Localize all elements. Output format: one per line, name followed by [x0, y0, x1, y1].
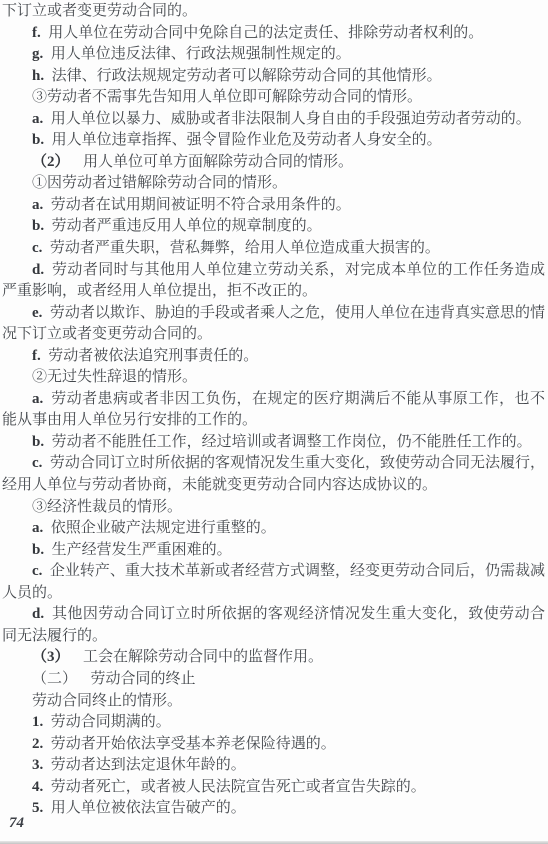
item-label: c. — [32, 240, 42, 256]
paragraph: 2.劳动者开始依法享受基本养老保险待遇的。 — [2, 734, 545, 756]
paragraph: c.企业转产、重大技术革新或者经营方式调整，经变更劳动合同后，仍需裁减人员的。 — [2, 561, 545, 604]
item-text: 工会在解除劳动合同中的监督作用。 — [83, 649, 323, 665]
item-label: a. — [32, 197, 43, 213]
paragraph: ③劳动者不需事先告知用人单位即可解除劳动合同的情形。 — [2, 87, 545, 109]
item-label: b. — [32, 542, 44, 558]
item-text: 依照企业破产法规定进行重整的。 — [51, 520, 276, 536]
item-text: 用人单位可单方面解除劳动合同的情形。 — [83, 154, 353, 170]
item-text: 用人单位以暴力、威胁或者非法限制人身自由的手段强迫劳动者劳动的。 — [51, 111, 531, 127]
item-label: 2. — [32, 736, 43, 752]
item-text: 劳动合同订立时所依据的客观情况发生重大变化，致使劳动合同无法履行，经用人单位与劳… — [2, 455, 545, 493]
paragraph: ③经济性裁员的情形。 — [2, 497, 545, 519]
paragraph: （2）用人单位可单方面解除劳动合同的情形。 — [2, 152, 545, 174]
item-label: 5. — [32, 800, 43, 816]
paragraph: ①因劳动者过错解除劳动合同的情形。 — [2, 173, 545, 195]
item-label: 4. — [32, 779, 43, 795]
item-text: 劳动者死亡，或者被人民法院宣告死亡或者宣告失踪的。 — [51, 779, 426, 795]
paragraph: c.劳动者严重失职，营私舞弊，给用人单位造成重大损害的。 — [2, 238, 545, 260]
item-label: a. — [32, 391, 43, 407]
paragraph: 下订立或者变更劳动合同的。 — [2, 1, 545, 23]
paragraph: 劳动合同终止的情形。 — [2, 691, 545, 713]
item-text: 用人单位违反法律、行政法规强制性规定的。 — [51, 46, 351, 62]
paragraph: b.生产经营发生严重困难的。 — [2, 540, 545, 562]
paragraph: e.劳动者以欺诈、胁迫的手段或者乘人之危，使用人单位在违背真实意思的情况下订立或… — [2, 303, 545, 346]
item-label: b. — [32, 218, 44, 234]
paragraph: b.用人单位违章指挥、强令冒险作业危及劳动者人身安全的。 — [2, 130, 545, 152]
item-text: 下订立或者变更劳动合同的。 — [2, 3, 197, 19]
paragraph: b.劳动者严重违反用人单位的规章制度的。 — [2, 216, 545, 238]
paragraph: f.用人单位在劳动合同中免除自己的法定责任、排除劳动者权利的。 — [2, 23, 545, 45]
item-text: 劳动者以欺诈、胁迫的手段或者乘人之危，使用人单位在违背真实意思的情况下订立或者变… — [2, 305, 545, 343]
item-label: 3. — [32, 757, 43, 773]
paragraph: 4.劳动者死亡，或者被人民法院宣告死亡或者宣告失踪的。 — [2, 777, 545, 799]
document-page: 下订立或者变更劳动合同的。 f.用人单位在劳动合同中免除自己的法定责任、排除劳动… — [0, 0, 548, 844]
item-text: 法律、行政法规规定劳动者可以解除劳动合同的其他情形。 — [52, 68, 442, 84]
item-label: （2） — [32, 154, 70, 170]
item-label: e. — [32, 305, 42, 321]
paragraph: a.依照企业破产法规定进行重整的。 — [2, 518, 545, 540]
item-text: 劳动者同时与其他用人单位建立劳动关系，对完成本单位的工作任务造成严重影响，或者经… — [2, 262, 545, 300]
paragraph: b.劳动者不能胜任工作，经过培训或者调整工作岗位，仍不能胜任工作的。 — [2, 432, 545, 454]
item-text: 劳动者达到法定退休年龄的。 — [51, 757, 246, 773]
paragraph: 5.用人单位被依法宣告破产的。 — [2, 798, 545, 820]
item-label: b. — [32, 434, 44, 450]
item-text: 劳动者严重失职，营私舞弊，给用人单位造成重大损害的。 — [50, 240, 440, 256]
item-label: a. — [32, 111, 43, 127]
item-text: 生产经营发生严重困难的。 — [52, 542, 232, 558]
item-label: 1. — [32, 714, 43, 730]
paragraph: 3.劳动者达到法定退休年龄的。 — [2, 755, 545, 777]
item-text: ③经济性裁员的情形。 — [32, 499, 182, 515]
item-text: 劳动者在试用期间被证明不符合录用条件的。 — [51, 197, 351, 213]
item-label: f. — [32, 25, 41, 41]
page-body: 下订立或者变更劳动合同的。 f.用人单位在劳动合同中免除自己的法定责任、排除劳动… — [0, 0, 548, 820]
paragraph: d.其他因劳动合同订立时所依据的客观经济情况发生重大变化，致使劳动合同无法履行的… — [2, 604, 545, 647]
paragraph: a.劳动者在试用期间被证明不符合录用条件的。 — [2, 195, 545, 217]
paragraph: 1.劳动合同期满的。 — [2, 712, 545, 734]
item-text: 劳动者被依法追究刑事责任的。 — [48, 348, 258, 364]
item-label: c. — [32, 563, 42, 579]
item-text: ①因劳动者过错解除劳动合同的情形。 — [32, 175, 287, 191]
item-text: 企业转产、重大技术革新或者经营方式调整，经变更劳动合同后，仍需裁减人员的。 — [2, 563, 545, 601]
item-text: 用人单位在劳动合同中免除自己的法定责任、排除劳动者权利的。 — [48, 25, 483, 41]
item-text: 劳动者开始依法享受基本养老保险待遇的。 — [51, 736, 336, 752]
item-text: 劳动合同终止的情形。 — [32, 693, 182, 709]
item-label: b. — [32, 132, 44, 148]
item-label: c. — [32, 455, 42, 471]
item-label: g. — [32, 46, 43, 62]
paragraph: f.劳动者被依法追究刑事责任的。 — [2, 346, 545, 368]
item-text: 劳动者不能胜任工作，经过培训或者调整工作岗位，仍不能胜任工作的。 — [52, 434, 532, 450]
paragraph: a.劳动者患病或者非因工负伤，在规定的医疗期满后不能从事原工作，也不能从事由用人… — [2, 389, 545, 432]
paragraph: d.劳动者同时与其他用人单位建立劳动关系，对完成本单位的工作任务造成严重影响，或… — [2, 260, 545, 303]
item-label: （二） — [32, 671, 77, 687]
item-text: ②无过失性辞退的情形。 — [32, 369, 197, 385]
paragraph: c.劳动合同订立时所依据的客观情况发生重大变化，致使劳动合同无法履行，经用人单位… — [2, 453, 545, 496]
item-label: d. — [32, 606, 44, 622]
item-text: 用人单位违章指挥、强令冒险作业危及劳动者人身安全的。 — [52, 132, 442, 148]
page-number: 74 — [9, 813, 24, 835]
item-text: 其他因劳动合同订立时所依据的客观经济情况发生重大变化，致使劳动合同无法履行的。 — [2, 606, 545, 644]
paragraph: g.用人单位违反法律、行政法规强制性规定的。 — [2, 44, 545, 66]
item-text: 劳动者患病或者非因工负伤，在规定的医疗期满后不能从事原工作，也不能从事由用人单位… — [2, 391, 545, 429]
item-text: 劳动者严重违反用人单位的规章制度的。 — [52, 218, 322, 234]
paragraph: ②无过失性辞退的情形。 — [2, 367, 545, 389]
item-text: 劳动合同期满的。 — [51, 714, 171, 730]
item-label: d. — [32, 262, 44, 278]
paragraph: （3）工会在解除劳动合同中的监督作用。 — [2, 647, 545, 669]
item-text: 劳动合同的终止 — [91, 671, 196, 687]
item-label: a. — [32, 520, 43, 536]
item-text: 用人单位被依法宣告破产的。 — [51, 800, 246, 816]
paragraph: a.用人单位以暴力、威胁或者非法限制人身自由的手段强迫劳动者劳动的。 — [2, 109, 545, 131]
paragraph: （二）劳动合同的终止 — [2, 669, 545, 691]
item-label: f. — [32, 348, 41, 364]
paragraph: h.法律、行政法规规定劳动者可以解除劳动合同的其他情形。 — [2, 66, 545, 88]
item-text: ③劳动者不需事先告知用人单位即可解除劳动合同的情形。 — [32, 89, 422, 105]
item-label: h. — [32, 68, 44, 84]
item-label: （3） — [32, 649, 70, 665]
